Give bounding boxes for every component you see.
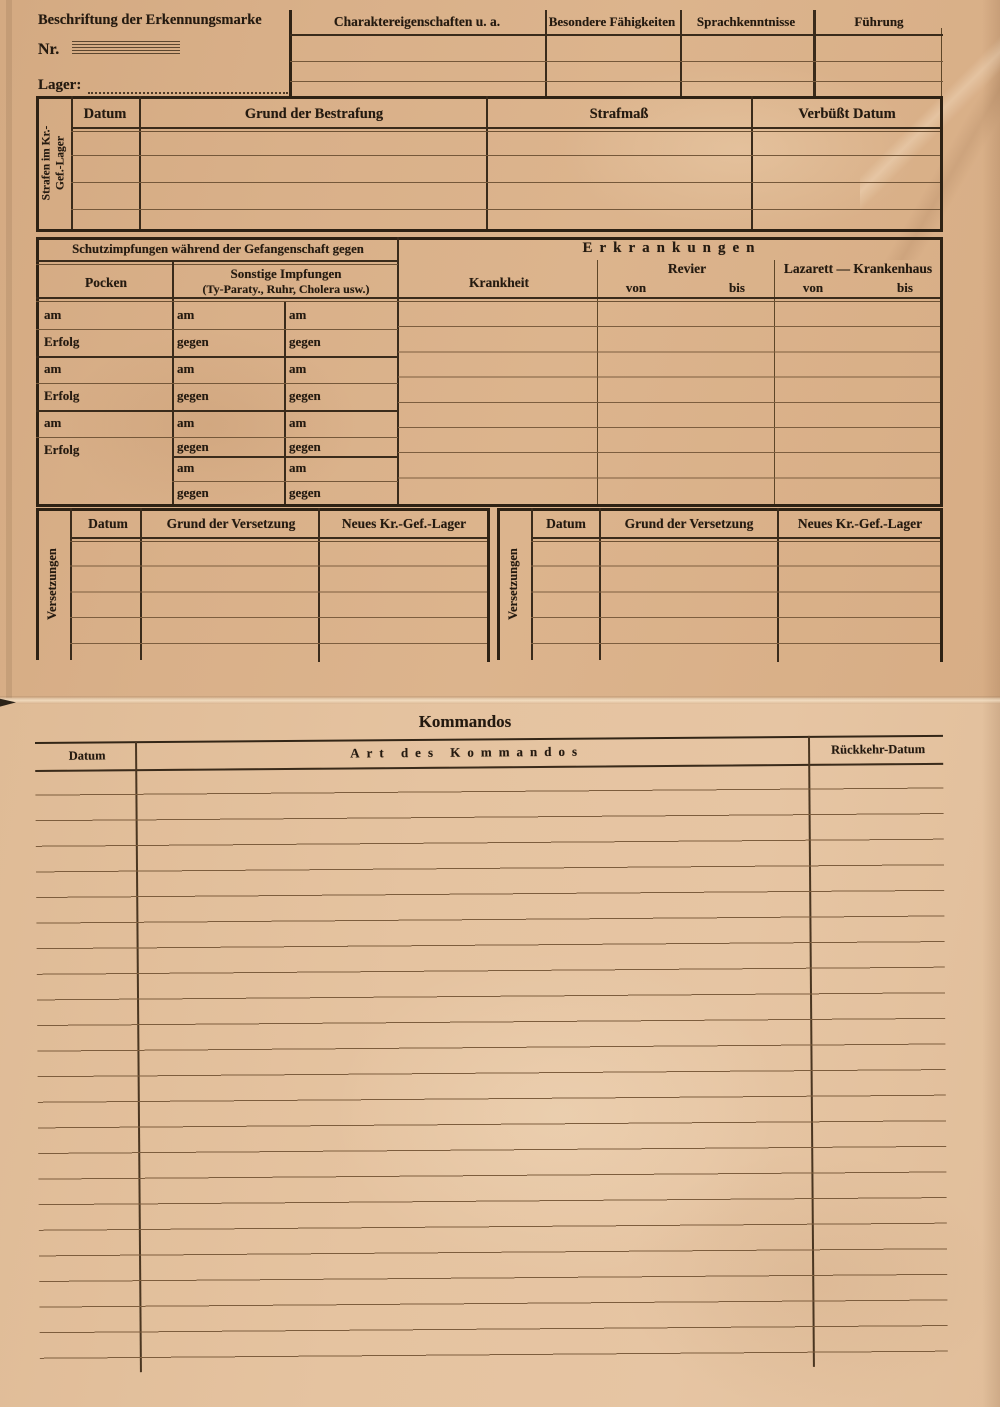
transfers-header-datum: Datum [546, 517, 586, 531]
paper-stain [560, 60, 920, 240]
table-border [487, 508, 490, 662]
table-border [941, 28, 942, 97]
transfers-side-label: Versetzungen [36, 508, 70, 660]
sonstige1-cell-label: am [177, 416, 194, 429]
illnesses-revier-bis: bis [729, 281, 745, 294]
transfers-header-datum: Datum [88, 517, 128, 531]
punishments-header-strafmass: Strafmaß [590, 107, 649, 122]
table-border [36, 504, 943, 507]
kommandos-ruled-rows [35, 763, 948, 1360]
header-underline [290, 34, 943, 36]
transfers-ruled-rows [70, 541, 487, 646]
rule-line [290, 61, 943, 62]
header-underline [36, 297, 398, 302]
sonstige1-cell-label: am [177, 308, 194, 321]
punishments-header-datum: Datum [84, 107, 127, 122]
illnesses-header-krankheit: Krankheit [469, 276, 529, 290]
transfers-ruled-rows [531, 541, 940, 646]
scanned-pow-record-card: { "page": { "paper_upper_color": "#d8af8… [0, 0, 1000, 1407]
rule-line [71, 209, 940, 210]
table-border [36, 237, 943, 240]
table-border [36, 229, 943, 232]
kommandos-title: Kommandos [419, 713, 512, 730]
id-number-label: Nr. [38, 42, 59, 58]
rule-line [71, 182, 940, 183]
camp-label: Lager: [38, 78, 81, 93]
header-underline [71, 127, 940, 132]
side-label: Versetzungen [45, 548, 59, 620]
rule-line [36, 356, 398, 358]
sonstige2-cell-label: gegen [289, 440, 321, 453]
sonstige2-cell-label: am [289, 461, 306, 474]
sonstige1-cell-label: gegen [177, 486, 209, 499]
illnesses-title: Erkrankungen [582, 241, 761, 256]
transfers-header-grund: Grund der Versetzung [167, 517, 296, 531]
rule-line [36, 437, 398, 438]
rule-line [36, 410, 398, 412]
punishments-header-verbuesst: Verbüßt Datum [798, 107, 895, 122]
vaccinations-header-sonstige-2: (Ty-Paraty., Ruhr, Cholera usw.) [202, 283, 369, 295]
vaccinations-header-sonstige-1: Sonstige Impfungen [231, 267, 342, 280]
table-border [940, 508, 943, 662]
pocken-cell-label: Erfolg [44, 389, 79, 402]
pocken-cell-label: am [44, 416, 61, 429]
kommandos-header-art: Art des Kommandos [350, 745, 584, 760]
sonstige1-cell-label: gegen [177, 335, 209, 348]
pocken-cell-label: Erfolg [44, 335, 79, 348]
punishments-side-label: Strafen im Kr.- Gef.-Lager [36, 96, 71, 229]
illnesses-header-lazarett: Lazarett — Krankenhaus [784, 262, 932, 276]
table-border [289, 10, 292, 97]
illnesses-revier-von: von [626, 281, 646, 294]
pocken-cell-label: Erfolg [44, 443, 79, 456]
sonstige1-cell-label: gegen [177, 440, 209, 453]
table-border [497, 508, 943, 511]
camp-dotted-line [88, 77, 288, 94]
transfers-header-neues: Neues Kr.-Gef.-Lager [342, 517, 466, 531]
rule-line [172, 456, 398, 458]
rule-line [36, 329, 398, 330]
header-underline [36, 260, 398, 265]
id-block-title: Beschriftung der Erkennungsmarke [38, 13, 262, 28]
traits-header-faehigkeiten: Besondere Fähigkeiten [549, 15, 676, 28]
column-divider [284, 302, 286, 504]
column-divider [680, 10, 682, 97]
table-border [36, 96, 943, 99]
table-border [940, 96, 943, 232]
table-border [940, 237, 943, 507]
kommandos-header-datum: Datum [69, 749, 106, 762]
rule-line [71, 155, 940, 156]
sonstige2-cell-label: gegen [289, 335, 321, 348]
side-label-line1: Strafen im Kr.- [40, 125, 52, 200]
illnesses-header-revier: Revier [668, 262, 706, 276]
pocken-cell-label: am [44, 362, 61, 375]
side-label-line2: Gef.-Lager [55, 136, 67, 190]
rule-line [36, 383, 398, 384]
column-divider [545, 10, 547, 97]
transfers-side-label: Versetzungen [497, 508, 531, 660]
rule-line [290, 81, 943, 82]
column-divider [813, 10, 816, 97]
pocken-cell-label: am [44, 308, 61, 321]
vaccinations-header-pocken: Pocken [85, 276, 127, 290]
illnesses-ruled-rows [398, 302, 940, 500]
sonstige2-cell-label: am [289, 416, 306, 429]
sonstige2-cell-label: am [289, 308, 306, 321]
rule-line [172, 481, 398, 482]
transfers-header-neues: Neues Kr.-Gef.-Lager [798, 517, 922, 531]
fold-edge-mark [0, 698, 16, 707]
table-border [36, 237, 39, 507]
left-edge-crease [6, 0, 12, 698]
vaccinations-title: Schutzimpfungen während der Gefangenscha… [72, 243, 364, 256]
traits-header-charakter: Charaktereigenschaften u. a. [334, 15, 500, 29]
kommandos-header-rueckkehr: Rückkehr-Datum [831, 743, 925, 756]
right-edge-shading [982, 0, 1000, 1407]
sonstige2-cell-label: gegen [289, 389, 321, 402]
table-border [35, 735, 943, 744]
sonstige2-cell-label: gegen [289, 486, 321, 499]
sonstige1-cell-label: gegen [177, 389, 209, 402]
punishments-header-grund: Grund der Bestrafung [245, 107, 383, 122]
transfers-header-grund: Grund der Versetzung [625, 517, 754, 531]
id-number-ruled-lines [72, 41, 180, 56]
table-border [36, 508, 490, 511]
traits-header-fuehrung: Führung [854, 15, 903, 28]
sonstige1-cell-label: am [177, 362, 194, 375]
fold-crease [0, 696, 1000, 704]
sonstige2-cell-label: am [289, 362, 306, 375]
traits-header-sprachen: Sprachkenntnisse [697, 15, 795, 28]
illnesses-lazarett-bis: bis [897, 281, 913, 294]
sonstige1-cell-label: am [177, 461, 194, 474]
kommandos-table: Datum Art des Kommandos Rückkehr-Datum [35, 735, 948, 1376]
illnesses-lazarett-von: von [803, 281, 823, 294]
side-label: Versetzungen [506, 548, 520, 620]
